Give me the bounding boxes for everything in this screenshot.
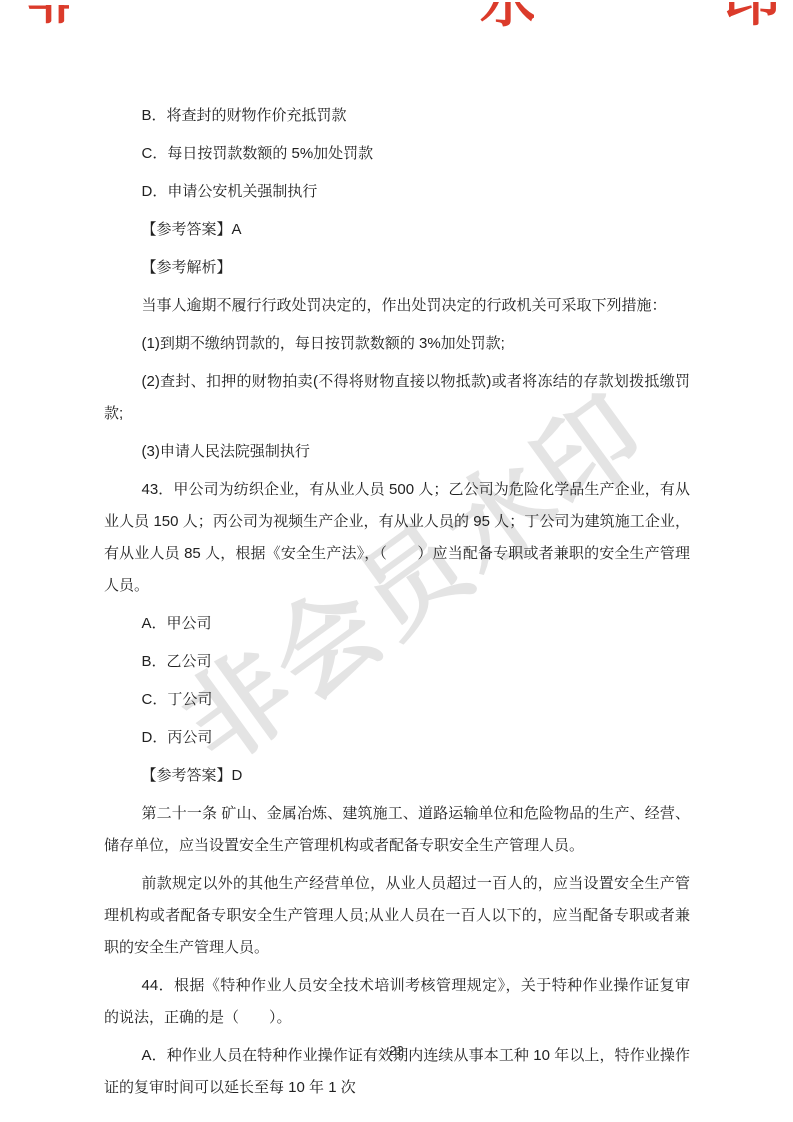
answer-line: 【参考答案】A xyxy=(104,214,690,246)
paragraph-line: (1)到期不缴纳罚款的，每日按罚款数额的 3%加处罚款; xyxy=(104,328,690,360)
paragraph-line: (2)查封、扣押的财物拍卖(不得将财物直接以物抵款)或者将冻结的存款划拨抵缴罚款… xyxy=(104,366,690,430)
paragraph-line: 第二十一条 矿山、金属冶炼、建筑施工、道路运输单位和危险物品的生产、经营、储存单… xyxy=(104,798,690,862)
option-line: B．乙公司 xyxy=(104,646,690,678)
paragraph-line: 前款规定以外的其他生产经营单位，从业人员超过一百人的，应当设置安全生产管理机构或… xyxy=(104,868,690,964)
option-line: C．每日按罚款数额的 5%加处罚款 xyxy=(104,138,690,170)
paragraph-line: (3)申请人民法院强制执行 xyxy=(104,436,690,468)
document-content: B．将查封的财物作价充抵罚款C．每日按罚款数额的 5%加处罚款D．申请公安机关强… xyxy=(104,100,690,1110)
option-line: C．丁公司 xyxy=(104,684,690,716)
red-stamp-glyph: 水 xyxy=(480,2,534,30)
red-stamp-fragment-left: 非 xyxy=(27,5,69,29)
option-line: A．甲公司 xyxy=(104,608,690,640)
red-stamp-fragment-right: 印 xyxy=(724,2,778,31)
red-stamp-glyph: 非 xyxy=(27,5,69,27)
page-number: 22 xyxy=(0,1043,793,1058)
question-paragraph: 43．甲公司为纺织企业，有从业人员 500 人；乙公司为危险化学品生产企业，有从… xyxy=(104,474,690,602)
option-line: D．丙公司 xyxy=(104,722,690,754)
option-line: B．将查封的财物作价充抵罚款 xyxy=(104,100,690,132)
document-page: 非会员水印 非 水 印 B．将查封的财物作价充抵罚款C．每日按罚款数额的 5%加… xyxy=(0,0,793,1122)
option-line: D．申请公安机关强制执行 xyxy=(104,176,690,208)
paragraph-line: 当事人逾期不履行行政处罚决定的，作出处罚决定的行政机关可采取下列措施： xyxy=(104,290,690,322)
red-stamp-fragment-center: 水 xyxy=(480,2,534,32)
question-paragraph: 44．根据《特种作业人员安全技术培训考核管理规定》，关于特种作业操作证复审的说法… xyxy=(104,970,690,1034)
red-stamp-glyph: 印 xyxy=(724,2,778,29)
section-label: 【参考解析】 xyxy=(104,252,690,284)
answer-line: 【参考答案】D xyxy=(104,760,690,792)
